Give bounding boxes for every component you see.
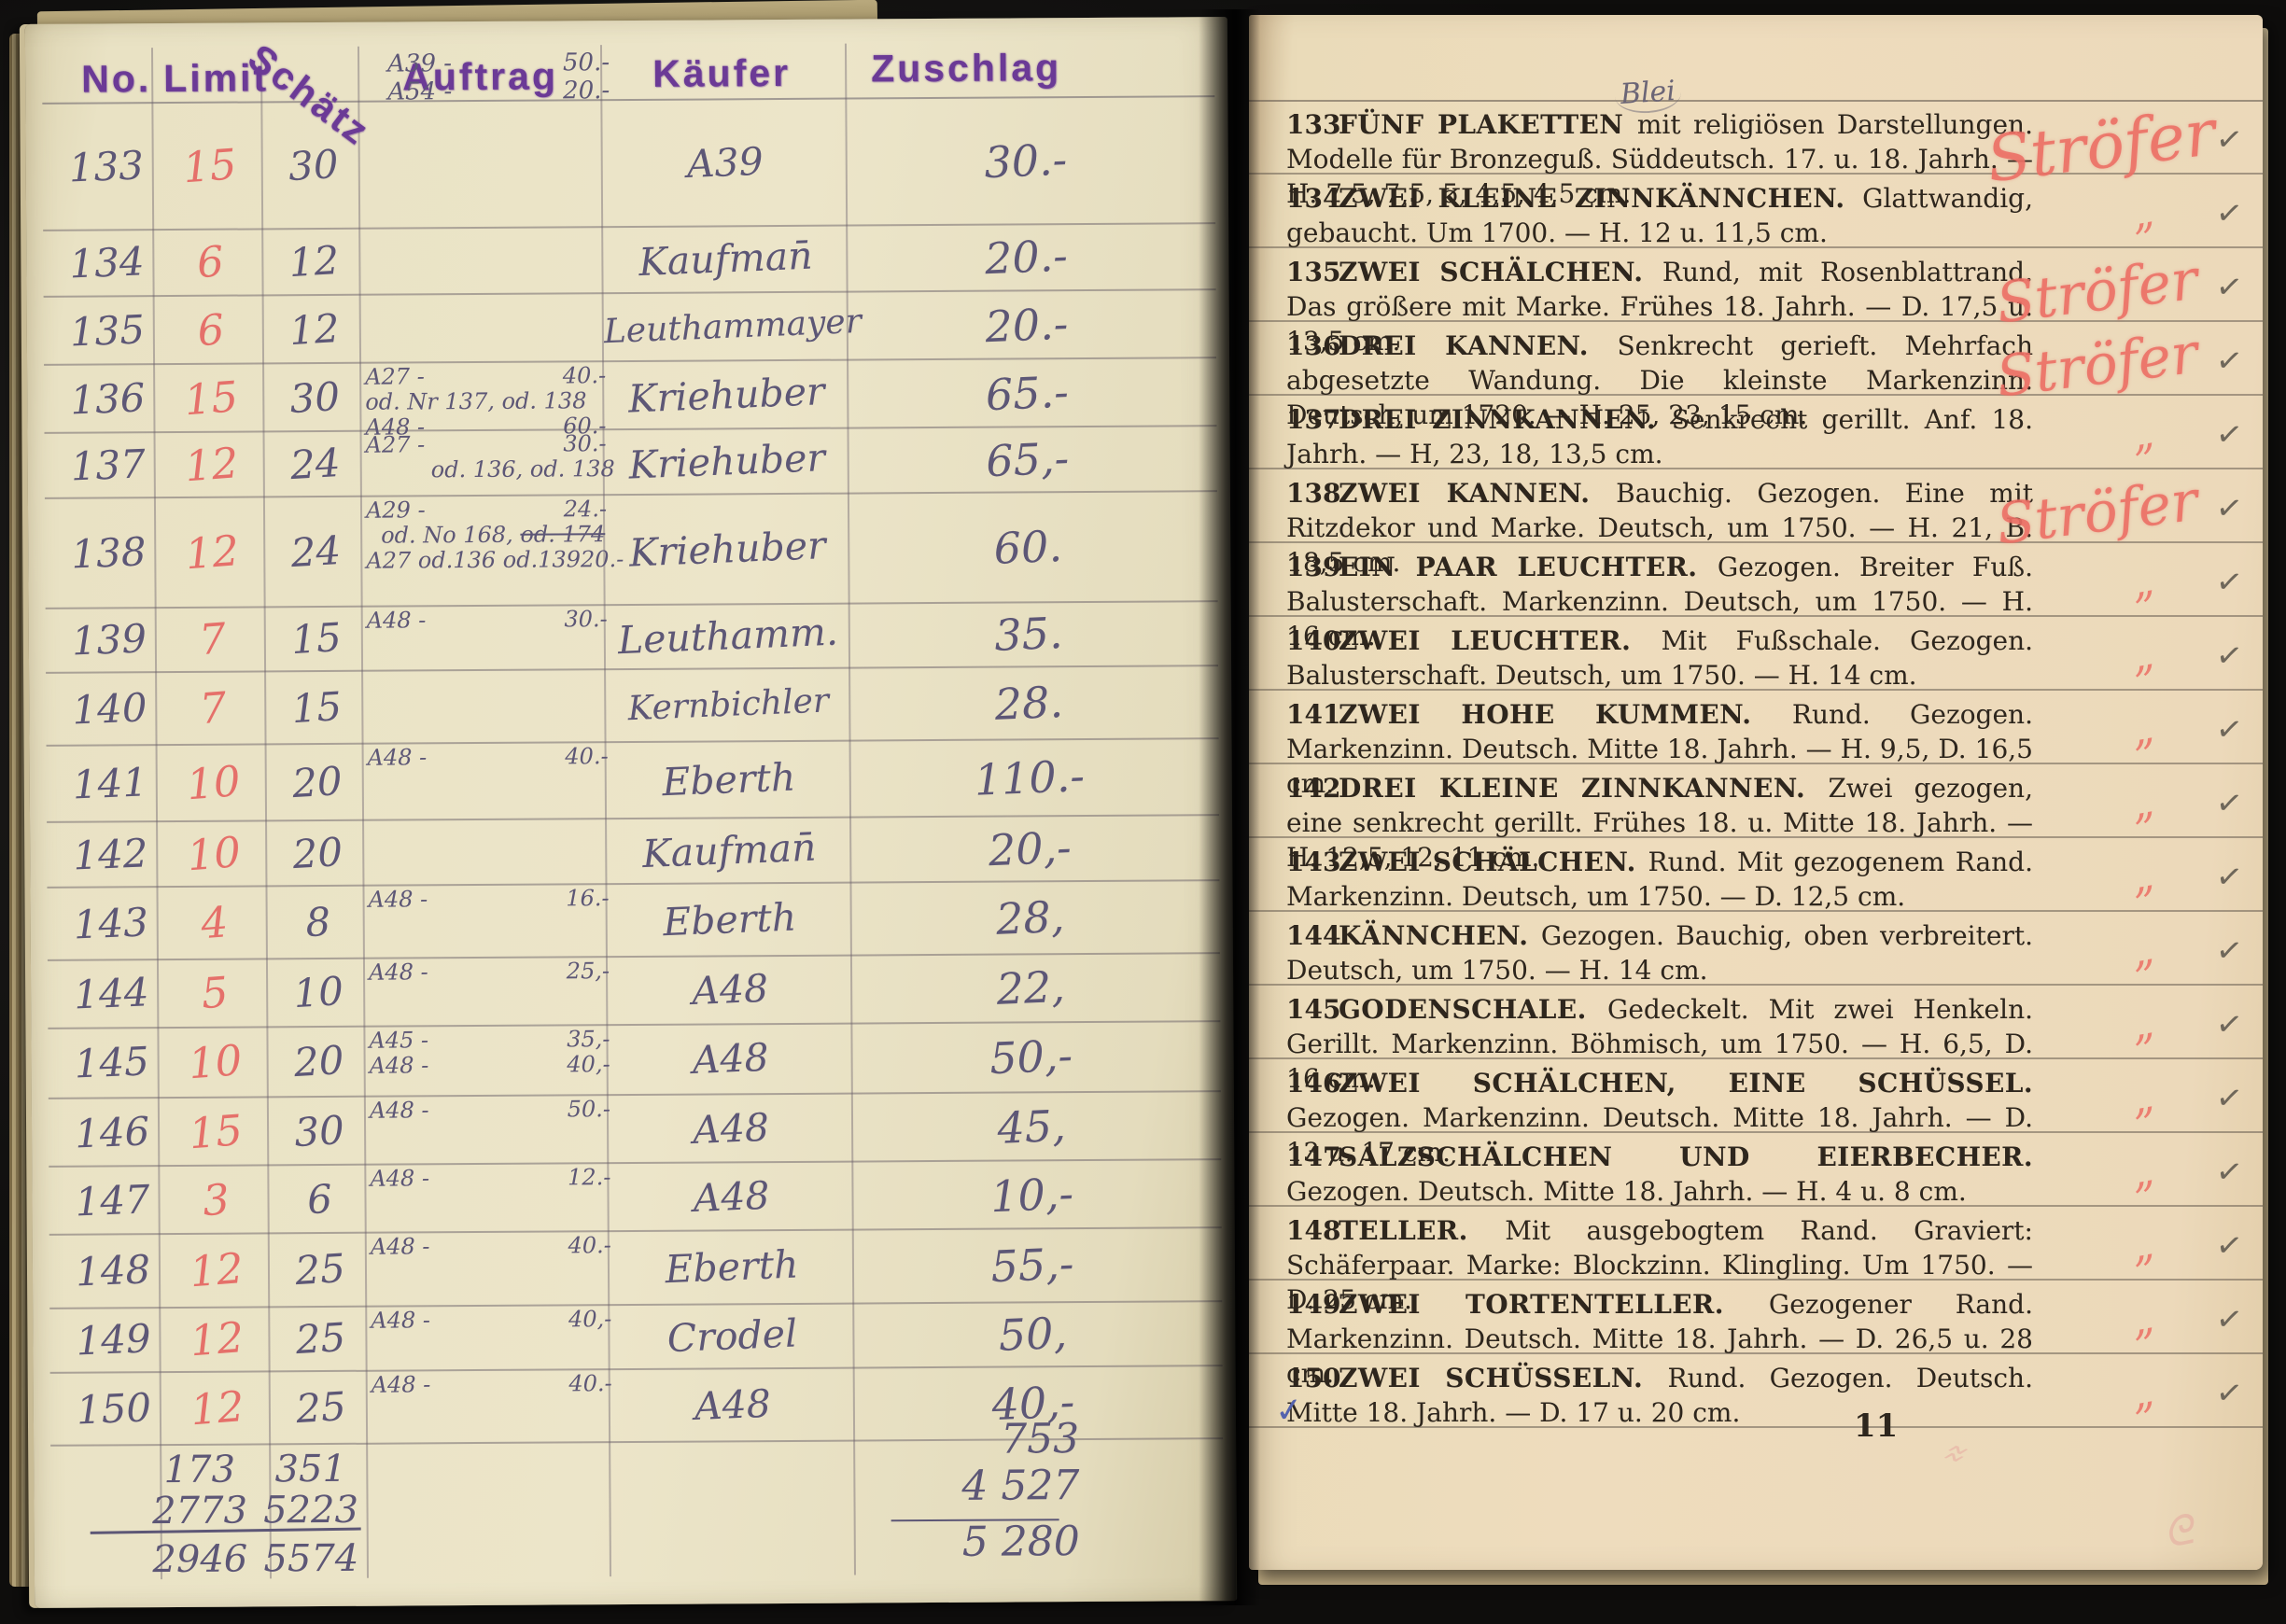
catalog-entry-number: 138 [1286, 476, 1339, 511]
ledger-cell-zuschlag: 20.- [847, 225, 1205, 290]
auftrag-code: A45 - [369, 1028, 428, 1053]
catalog-entry-text: 143ZWEI SCHÄLCHEN. Rund. Mit gezogenem R… [1286, 845, 2033, 914]
ledger-cell-limit: 12 [161, 1310, 274, 1368]
auftrag-code: A48 - [370, 1098, 429, 1123]
ledger-cell-schaetz: 20 [268, 827, 368, 878]
catalog-entry-title: SALZSCHÄLCHEN UND EIERBECHER. [1339, 1141, 2033, 1172]
catalog-entry: 139EIN PAAR LEUCHTER. Gezogen. Breiter F… [1249, 543, 2263, 617]
ledger-cell-kaeufer: A48 [609, 1169, 855, 1225]
ledger-row: 1331530A3930.- [42, 97, 1215, 231]
ledger-cell-zuschlag: 28, [851, 885, 1210, 950]
auftrag-amount: 40.- [568, 1234, 610, 1259]
ledger-cell-schaetz: 20 [267, 757, 367, 808]
catalog-entry-number: 136 [1286, 329, 1339, 363]
catalog-entry-title: ZWEI HOHE KUMMEN. [1339, 699, 1792, 730]
ledger-cell-limit: 7 [156, 610, 270, 668]
ledger-cell-no: 140 [71, 684, 147, 733]
auftrag-code: A27 - [365, 364, 425, 389]
catalog-entry-title: ZWEI SCHÄLCHEN. [1339, 847, 1648, 877]
ledger-cell-kaeufer: Kriehuber [604, 434, 850, 489]
red-ditto-mark: „ [2126, 1144, 2157, 1197]
ledger-cell-schaetz: 6 [270, 1173, 370, 1225]
ledger-cell-no: 141 [72, 759, 148, 807]
auftrag-amount: 12.- [568, 1165, 610, 1190]
auftrag-amount: 30.- [564, 607, 607, 632]
ledger-cell-schaetz: 30 [270, 1105, 370, 1156]
auftrag-code: A48 - [371, 1235, 430, 1260]
ledger-cell-limit: 12 [161, 1379, 274, 1437]
ledger-cell-schaetz: 30 [263, 139, 363, 190]
ledger-row: 144510A48 -25,-A4822, [48, 954, 1220, 1029]
ledger-cell-zuschlag: 110.- [850, 746, 1209, 811]
pencil-checkmark: ✓ [2213, 783, 2245, 824]
ledger-rows: 1331530A3930.-134612Kaufman̄20.-135612Le… [42, 97, 1223, 1447]
auftrag-text-struck: od. 174 [520, 521, 605, 548]
ledger-cell-limit: 10 [159, 1033, 273, 1091]
ledger-cell-schaetz: 8 [268, 896, 368, 947]
ledger-cell-no: 133 [68, 142, 145, 190]
column-header-kaeufer: Käufer [652, 51, 791, 96]
ledger-row: 1491225A48 -40,-Crodel50, [49, 1302, 1222, 1374]
ledger-cell-schaetz: 15 [267, 682, 367, 734]
auftrag-line: A48 -30.- [367, 607, 608, 634]
pencil-checkmark: ✓ [2213, 119, 2245, 161]
auftrag-line: A45 -35,- [369, 1027, 610, 1054]
total-schaetz: 5574 [256, 1538, 367, 1580]
catalog-entry-title: GODENSCHALE. [1339, 994, 1607, 1025]
ledger-cell-kaeufer: Kernbichler [606, 681, 851, 730]
ledger-cell-auftrag: A48 -40.- [368, 744, 609, 771]
auftrag-text: od. No 168, [381, 521, 520, 548]
ledger-cell-schaetz: 12 [264, 236, 364, 287]
catalog-entry-number: 145 [1286, 992, 1339, 1027]
red-ditto-mark: „ [2126, 628, 2157, 681]
ledger-cell-auftrag: A48 -40.- [371, 1234, 611, 1261]
ledger-row: 1361530A27 -40.-od. Nr 137, od. 138A48 -… [44, 358, 1216, 434]
page-number: 11 [1854, 1407, 1898, 1445]
ledger-cell-limit: 4 [158, 893, 272, 951]
auftrag-code: A48 - [370, 1053, 429, 1078]
ledger-cell-schaetz: 24 [265, 439, 365, 490]
ledger-cell-limit: 12 [155, 524, 269, 581]
zuschlag-total-line: 4 527 [911, 1463, 1079, 1510]
ledger-cell-auftrag [367, 671, 608, 673]
catalog-entry-title: ZWEI KLEINE ZINNKÄNNCHEN. [1339, 183, 1862, 214]
catalog-entry-title: DREI KLEINE ZINNKANNEN. [1339, 773, 1828, 804]
catalog-entry-text: 147SALZSCHÄLCHEN UND EIERBECHER. Gezogen… [1286, 1140, 2033, 1209]
auftrag-code: A27 od.136 od.139 [366, 547, 581, 573]
ledger-cell-schaetz: 12 [264, 303, 364, 355]
ledger-cell-schaetz: 30 [265, 371, 365, 423]
auftrag-code: A48 - [368, 887, 428, 912]
ledger-cell-zuschlag: 22, [851, 956, 1210, 1021]
ledger-cell-kaeufer: Kaufman̄ [603, 231, 849, 287]
ledger-cell-no: 146 [74, 1108, 150, 1156]
catalog-entry-title: ZWEI LEUCHTER. [1339, 625, 1662, 656]
ledger-cell-kaeufer: Kriehuber [604, 522, 850, 577]
ledger-cell-zuschlag: 28. [849, 671, 1208, 736]
auftrag-line: od. No 168, od. 174 [381, 522, 607, 548]
zuschlag-total-line: 753 [911, 1416, 1079, 1463]
pencil-checkmark: ✓ [2213, 1152, 2245, 1193]
catalog-entry-number: 137 [1286, 402, 1339, 437]
auftrag-amount: 40.- [568, 1371, 611, 1396]
catalog-entry-title: FÜNF PLAKETTEN [1339, 109, 1637, 140]
ledger-cell-no: 147 [75, 1176, 151, 1225]
auftrag-line: A48 -40.- [372, 1371, 612, 1398]
ledger-cell-kaeufer: A48 [608, 1031, 854, 1086]
auftrag-line: A48 -12.- [370, 1165, 610, 1192]
catalog-entry-number: 141 [1286, 697, 1339, 732]
pink-smudge: ᘓ [2159, 1505, 2197, 1558]
ledger-cell-kaeufer: A48 [610, 1378, 856, 1433]
pencil-checkmark: ✓ [2213, 709, 2245, 750]
auftrag-amount: 25,- [567, 959, 610, 984]
catalog-entry-title: DREI ZINNKANNEN. [1339, 404, 1672, 435]
ledger-cell-auftrag: A48 -30.- [367, 607, 608, 634]
ledger-cell-limit: 15 [159, 1102, 273, 1160]
ledger-cell-kaeufer: Eberth [609, 1239, 855, 1295]
ledger-cell-zuschlag: 45, [852, 1094, 1211, 1159]
auftrag-line: A48 -40.- [371, 1234, 611, 1261]
ledger-cell-zuschlag: 35. [849, 602, 1208, 667]
ledger-cell-limit: 5 [158, 964, 272, 1022]
red-ditto-mark: „ [2126, 186, 2157, 239]
catalog-entry: 136DREI KANNEN. Senkrecht gerieft. Mehrf… [1249, 322, 2263, 396]
auftrag-code: A39 - [387, 49, 452, 77]
catalog-entry-title: ZWEI SCHÄLCHEN, EINE SCHÜSSEL. [1339, 1068, 2033, 1099]
ledger-cell-no: 143 [73, 899, 149, 947]
pink-smudge: ᷉᷉ [1952, 1453, 1965, 1494]
ledger-cell-limit: 12 [160, 1241, 273, 1299]
ledger-row: 1481225A48 -40.-Eberth55,- [49, 1229, 1222, 1309]
ledger-cell-kaeufer: Eberth [607, 892, 853, 947]
auftrag-amount: 50.- [568, 1097, 610, 1122]
ledger-cell-limit: 6 [154, 233, 268, 291]
ledger-cell-limit: 3 [160, 1171, 273, 1229]
catalog-entry-number: 142 [1286, 771, 1339, 805]
ledger-cell-limit: 10 [157, 825, 271, 883]
catalog-entry-number: 135 [1286, 255, 1339, 289]
ledger-cell-auftrag [365, 295, 606, 297]
ledger-cell-auftrag: A45 -35,-A48 -40,- [369, 1027, 610, 1079]
ledger-cell-auftrag: A48 -25,- [369, 959, 610, 986]
catalog-entry: 145GODENSCHALE. Gedeckelt. Mit zwei Henk… [1249, 986, 2263, 1059]
auftrag-line: od. Nr 137, od. 138 [365, 388, 606, 415]
ledger-cell-no: 149 [75, 1315, 151, 1364]
ledger-cell-kaeufer: A48 [608, 1101, 854, 1156]
catalog-entry-body: Gezogen. Deutsch. Mitte 18. Jahrh. — H. … [1286, 1176, 1967, 1207]
auftrag-line: A27 -30.- [366, 432, 607, 459]
ledger-cell-schaetz: 10 [269, 967, 369, 1018]
catalog-entry: 150ZWEI SCHÜSSELN. Rund. Gezogen. Deutsc… [1249, 1354, 2263, 1428]
catalog-entry: 134ZWEI KLEINE ZINNKÄNNCHEN. Glattwandig… [1249, 175, 2263, 248]
ledger-row: 134612Kaufman̄20.- [43, 224, 1215, 298]
pencil-checkmark: ✓ [2213, 193, 2245, 234]
catalog-entry: 133FÜNF PLAKETTEN mit religiösen Darstel… [1249, 101, 2263, 175]
ledger-cell-zuschlag: 30.- [847, 128, 1205, 193]
auftrag-amount: 50.- [563, 49, 610, 77]
ledger-row: 140715Kernbichler28. [46, 666, 1218, 747]
ledger-cell-limit: 15 [153, 137, 267, 195]
red-ditto-mark: „ [2126, 1365, 2157, 1419]
ledger-cell-limit: 7 [156, 679, 270, 737]
total-limit: 2946 [145, 1538, 256, 1580]
pencil-checkmark: ✓ [2213, 1373, 2245, 1414]
catalog-entry: 135ZWEI SCHÄLCHEN. Rund, mit Rosenblattr… [1249, 248, 2263, 322]
ledger-cell-schaetz: 24 [266, 525, 366, 577]
catalog-entry: 138ZWEI KANNEN. Bauchig. Gezogen. Eine m… [1249, 469, 2263, 543]
red-ditto-mark: „ [2126, 702, 2157, 755]
pencil-checkmark: ✓ [2213, 636, 2245, 677]
catalog-entry-title: KÄNNCHEN. [1339, 920, 1541, 951]
pencil-checkmark: ✓ [2213, 414, 2245, 455]
ledger-row: 14348A48 -16.-Eberth28, [47, 881, 1219, 961]
catalog-entry: 141ZWEI HOHE KUMMEN. Rund. Gezogen. Mark… [1249, 691, 2263, 764]
ledger-cell-auftrag [364, 229, 605, 231]
ledger-cell-kaeufer: Leuthamm. [605, 609, 851, 664]
auftrag-amount: 16.- [566, 886, 609, 911]
ledger-cell-no: 134 [68, 239, 145, 287]
ledger-row: 1451020A45 -35,-A48 -40,-A4850,- [48, 1022, 1220, 1099]
ledger-cell-zuschlag: 65.- [848, 360, 1206, 426]
total-schaetz: 5223 [255, 1490, 366, 1532]
ledger-cell-auftrag: A27 -40.-od. Nr 137, od. 138A48 -60.- [365, 363, 606, 441]
ledger-cell-no: 148 [75, 1247, 151, 1295]
catalog-entry-text: 137DREI ZINNKANNEN. Senkrecht gerillt. A… [1286, 402, 2033, 471]
catalog-entry: 144KÄNNCHEN. Gezogen. Bauchig, oben verb… [1249, 912, 2263, 986]
ledger-cell-auftrag [368, 820, 609, 822]
ledger-cell-zuschlag: 55,- [853, 1233, 1212, 1298]
ledger-row: 1411020A48 -40.-Eberth110.- [47, 739, 1219, 823]
catalog-entry-number: 140 [1286, 623, 1339, 658]
pencil-checkmark: ✓ [2213, 267, 2245, 308]
auftrag-line: A29 -24.- [366, 497, 607, 524]
ledger-cell-zuschlag: 50, [853, 1302, 1212, 1367]
ledger-cell-limit: 15 [154, 370, 268, 427]
ledger-cell-zuschlag: 20,- [850, 816, 1209, 881]
ledger-page: No. Limit Schätz Auftrag Käufer Zuschlag… [25, 17, 1237, 1608]
catalog-entries: 133FÜNF PLAKETTEN mit religiösen Darstel… [1249, 101, 2263, 1428]
catalog-entry-title: ZWEI SCHÜSSELN. [1339, 1363, 1667, 1393]
auftrag-amount: 40,- [568, 1307, 611, 1332]
pencil-checkmark: ✓ [2213, 341, 2245, 382]
totals-line: 173351 [144, 1449, 366, 1491]
auftrag-code: A29 - [366, 497, 426, 523]
pencil-checkmark: ✓ [2213, 1299, 2245, 1340]
catalog-entry-title: ZWEI SCHÄLCHEN. [1339, 257, 1662, 287]
ledger-cell-auftrag [363, 102, 604, 104]
auftrag-code: A48 - [368, 746, 428, 771]
ledger-cell-zuschlag: 65,- [848, 427, 1207, 493]
catalog-entry-text: 140ZWEI LEUCHTER. Mit Fußschale. Gezogen… [1286, 623, 2033, 693]
catalog-entry-text: 144KÄNNCHEN. Gezogen. Bauchig, oben verb… [1286, 918, 2033, 987]
red-ditto-mark: „ [2126, 923, 2157, 976]
ledger-cell-kaeufer: Crodel [610, 1309, 856, 1364]
auftrag-code: A48 - [371, 1308, 430, 1333]
ledger-cell-no: 145 [74, 1039, 150, 1087]
total-limit: 173 [144, 1449, 255, 1491]
row-133-auftrag-note: A39 -50.-A54 -20.- [387, 49, 610, 105]
catalog-entry: 146ZWEI SCHÄLCHEN, EINE SCHÜSSEL. Gezoge… [1249, 1059, 2263, 1133]
ledger-grid: No. Limit Schätz Auftrag Käufer Zuschlag… [25, 17, 1237, 1608]
ledger-cell-no: 139 [71, 616, 147, 665]
ledger-cell-zuschlag: 20.- [848, 292, 1206, 357]
auftrag-line: A39 -50.- [387, 49, 610, 77]
pencil-checkmark: ✓ [2213, 857, 2245, 898]
auction-ledger-scan: { "page_left": { "header": { "no": "No."… [0, 0, 2286, 1624]
ledger-cell-auftrag: A27 -30.-od. 136, od. 138 [366, 432, 607, 484]
ledger-row: 139715A48 -30.-Leuthamm.35. [46, 602, 1218, 674]
catalog-entry: 149ZWEI TORTENTELLER. Gezogener Rand. Ma… [1249, 1281, 2263, 1354]
ledger-cell-auftrag: A48 -50.- [370, 1097, 610, 1124]
ledger-cell-no: 150 [76, 1384, 152, 1433]
pencil-checkmark: ✓ [2213, 1225, 2245, 1267]
auftrag-text: od. Nr 137, od. 138 [365, 387, 586, 414]
totals-sum-line: 29465574 [145, 1538, 367, 1580]
catalog-entry-title: EIN PAAR LEUCHTER. [1339, 552, 1718, 582]
totals-limit-schaetz: 1733512773522329465574 [144, 1449, 367, 1580]
ledger-cell-kaeufer: Kriehuber [603, 368, 849, 423]
catalog-entry-number: 144 [1286, 918, 1339, 953]
ledger-cell-kaeufer: Kaufman̄ [606, 823, 852, 878]
total-limit: 2773 [144, 1490, 255, 1532]
ledger-cell-auftrag: A48 -16.- [368, 886, 609, 913]
ledger-cell-auftrag: A48 -12.- [370, 1165, 610, 1192]
catalog-entry: 148TELLER. Mit ausgebogtem Rand. Gravier… [1249, 1207, 2263, 1281]
catalog-page: 133FÜNF PLAKETTEN mit religiösen Darstel… [1249, 15, 2263, 1570]
red-ditto-mark: „ [2126, 849, 2157, 903]
auftrag-code: A27 - [366, 433, 426, 458]
red-ditto-mark: „ [2126, 997, 2157, 1050]
total-schaetz: 351 [255, 1449, 366, 1491]
ledger-cell-schaetz: 25 [272, 1381, 372, 1433]
ledger-row: 1421020Kaufman̄20,- [47, 816, 1219, 888]
pencil-checkmark: ✓ [2213, 931, 2245, 972]
auftrag-text: od. 136, od. 138 [431, 455, 615, 483]
auftrag-amount: 30.- [563, 432, 606, 457]
ledger-cell-limit: 10 [157, 754, 271, 812]
auftrag-line: A48 -40,- [371, 1307, 611, 1334]
ledger-cell-auftrag: A48 -40.- [372, 1371, 612, 1398]
pencil-checkmark: ✓ [2213, 488, 2245, 529]
catalog-entry-number: 133 [1286, 107, 1339, 142]
auftrag-line: A27 od.136 od.13920.- [366, 547, 607, 574]
red-ditto-mark: „ [2126, 407, 2157, 460]
ledger-cell-no: 137 [70, 441, 147, 489]
ledger-cell-no: 144 [73, 969, 149, 1017]
ledger-row: 1371224A27 -30.-od. 136, od. 138Kriehube… [45, 427, 1217, 499]
ledger-cell-kaeufer: A39 [602, 135, 848, 190]
catalog-entry-title: ZWEI TORTENTELLER. [1339, 1289, 1769, 1320]
auftrag-code: A48 - [369, 959, 428, 985]
ledger-cell-kaeufer: A48 [607, 962, 853, 1017]
ledger-cell-kaeufer: Eberth [606, 752, 852, 807]
red-ditto-mark: „ [2126, 1292, 2157, 1345]
catalog-entry-title: ZWEI KANNEN. [1339, 478, 1616, 509]
pencil-checkmark: ✓ [2213, 1004, 2245, 1045]
catalog-entry-number: 147 [1286, 1140, 1339, 1174]
column-header-no: No. [81, 57, 151, 101]
ledger-cell-limit: 6 [154, 301, 268, 358]
pencil-checkmark: ✓ [2213, 1078, 2245, 1119]
blue-pen-checkmark: ✓ [1273, 1391, 1305, 1432]
auftrag-line: A48 -16.- [368, 886, 609, 913]
auftrag-amount: 40,- [567, 1052, 610, 1077]
catalog-entry: 142DREI KLEINE ZINNKANNEN. Zwei gezogen,… [1249, 764, 2263, 838]
ledger-cell-zuschlag: 50,- [852, 1025, 1211, 1090]
catalog-entry: 140ZWEI LEUCHTER. Mit Fußschale. Gezogen… [1249, 617, 2263, 691]
ledger-cell-no: 136 [69, 374, 146, 423]
ledger-cell-auftrag: A48 -40,- [371, 1307, 611, 1334]
ledger-cell-no: 135 [69, 306, 146, 355]
red-ditto-mark: „ [2126, 776, 2157, 829]
book-gutter-shadow [1199, 9, 1260, 1605]
zuschlag-sum-line: 5 280 [912, 1519, 1080, 1566]
auftrag-code: A48 - [367, 608, 427, 633]
ledger-cell-schaetz: 15 [267, 613, 367, 665]
catalog-entry-title: TELLER. [1339, 1215, 1505, 1246]
red-ditto-mark: „ [2126, 554, 2157, 608]
catalog-entry: 137DREI ZINNKANNEN. Senkrecht gerillt. A… [1249, 396, 2263, 469]
ledger-cell-schaetz: 20 [269, 1036, 369, 1087]
ledger-cell-zuschlag: 10,- [853, 1162, 1212, 1227]
ledger-cell-zuschlag: 60. [848, 514, 1207, 580]
catalog-entry-number: 148 [1286, 1213, 1339, 1248]
auftrag-code: A48 - [370, 1167, 429, 1192]
catalog-entry: 143ZWEI SCHÄLCHEN. Rund. Mit gezogenem R… [1249, 838, 2263, 912]
column-header-zuschlag: Zuschlag [871, 46, 1061, 91]
ledger-cell-limit: 12 [155, 436, 269, 494]
ledger-row: 135612Leuthammayer20.- [44, 290, 1216, 366]
auftrag-line: A48 -25,- [369, 959, 610, 986]
auftrag-amount: 35,- [567, 1027, 610, 1052]
totals-zuschlag: 7534 5275 280 [911, 1416, 1080, 1566]
ledger-row: 14736A48 -12.-A4810,- [49, 1160, 1221, 1236]
auftrag-code: A48 - [372, 1372, 431, 1397]
pencil-checkmark: ✓ [2213, 562, 2245, 603]
totals-line: 27735223 [144, 1490, 366, 1532]
auftrag-line: A48 -50.- [370, 1097, 610, 1124]
auftrag-amount: 40.- [565, 744, 608, 769]
catalog-entry-text: 150ZWEI SCHÜSSELN. Rund. Gezogen. Deutsc… [1286, 1361, 2033, 1430]
catalog-entry-number: 149 [1286, 1287, 1339, 1322]
red-ditto-mark: „ [2126, 1218, 2157, 1271]
ledger-row: 1381224A29 -24.-od. No 168, od. 174A27 o… [45, 492, 1218, 609]
ledger-row: 1461530A48 -50.-A4845, [49, 1092, 1221, 1168]
ledger-cell-no: 142 [72, 830, 148, 878]
catalog-entry-number: 146 [1286, 1066, 1339, 1100]
catalog-entry-number: 143 [1286, 845, 1339, 879]
catalog-entry-number: 139 [1286, 550, 1339, 584]
auftrag-amount: 40.- [563, 363, 606, 388]
auftrag-line: A27 -40.- [365, 363, 606, 390]
auftrag-line: od. 136, od. 138 [431, 457, 607, 483]
ledger-cell-schaetz: 25 [271, 1244, 371, 1295]
catalog-entry-title: DREI KANNEN. [1339, 330, 1617, 361]
auftrag-line: A48 -40.- [368, 744, 609, 771]
auftrag-amount: 24.- [564, 497, 607, 522]
ledger-cell-kaeufer: Leuthammayer [603, 302, 848, 351]
catalog-entry-number: 134 [1286, 181, 1339, 216]
ledger-cell-auftrag: A29 -24.-od. No 168, od. 174A27 od.136 o… [366, 497, 607, 574]
auftrag-line: A48 -40,- [370, 1052, 610, 1079]
ledger-cell-schaetz: 25 [271, 1313, 371, 1365]
catalog-entry-text: 134ZWEI KLEINE ZINNKÄNNCHEN. Glattwandig… [1286, 181, 2033, 250]
catalog-entry: 147SALZSCHÄLCHEN UND EIERBECHER. Gezogen… [1249, 1133, 2263, 1207]
ledger-cell-no: 138 [70, 528, 147, 577]
red-ditto-mark: „ [2126, 1071, 2157, 1124]
